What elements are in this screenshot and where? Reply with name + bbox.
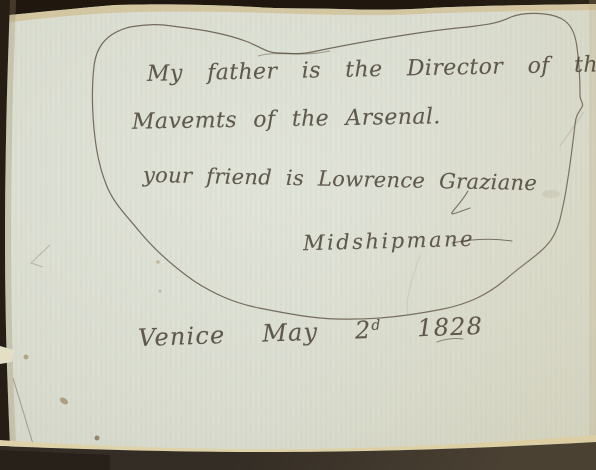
inscription-line-2: Mavemts of the Arsenal. xyxy=(132,104,441,134)
signature-line: Midshipmane xyxy=(303,227,476,255)
inscription: My father is the Director of the Mavemts… xyxy=(0,0,596,470)
inscription-line-1: My father is the Director of the xyxy=(147,52,596,87)
date-prefix: Venice May 2 xyxy=(138,316,372,352)
date-line: Venice May 2d 1828 xyxy=(138,312,484,352)
date-suffix: 1828 xyxy=(380,312,484,344)
scanned-album-page: My father is the Director of the Mavemts… xyxy=(0,0,596,470)
inscription-line-3: your friend is Lowrence Graziane xyxy=(143,163,538,195)
